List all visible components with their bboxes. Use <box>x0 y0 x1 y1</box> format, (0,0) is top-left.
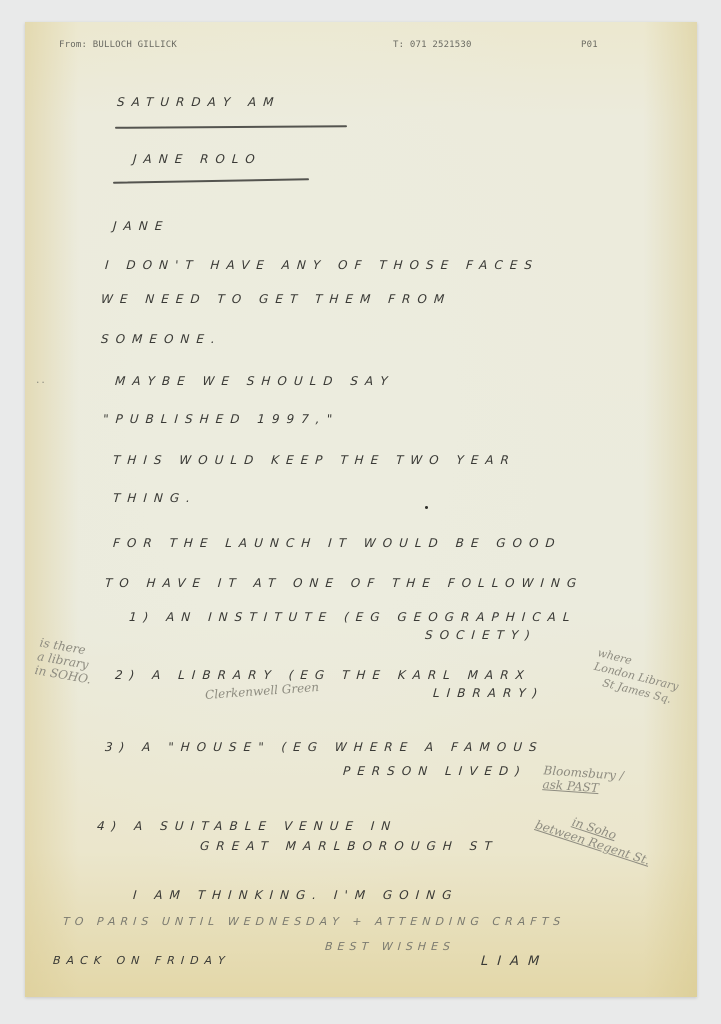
fax-sheet: From: BULLOCH GILLICK T: 071 2521530 P01… <box>25 22 697 997</box>
body-line: THING. <box>113 491 198 505</box>
option-4-line-2: GREAT MARLBOROUGH ST <box>200 839 500 853</box>
ink-dot <box>425 506 428 509</box>
body-line: WE NEED TO GET THEM FROM <box>101 292 452 306</box>
body-line: I DON'T HAVE ANY OF THOSE FACES <box>105 258 540 272</box>
signature: LIAM <box>480 954 548 969</box>
option-3-line-2: PERSON LIVED) <box>343 764 528 778</box>
body-line: FOR THE LAUNCH IT WOULD BE GOOD <box>113 536 563 550</box>
closing-line: I AM THINKING. I'M GOING <box>133 888 459 902</box>
note-soho-venue: in Soho between Regent St. <box>534 804 657 868</box>
note-bloomsbury: Bloomsbury / ask PAST <box>542 763 624 797</box>
body-line: "PUBLISHED 1997," <box>103 412 340 426</box>
salutation: JANE <box>113 219 170 233</box>
heading-day: SATURDAY AM <box>117 95 282 109</box>
fax-from: From: BULLOCH GILLICK <box>59 40 177 50</box>
option-1-line-2: SOCIETY) <box>425 628 538 642</box>
option-2-line-2: LIBRARY) <box>433 686 545 700</box>
closing-line: TO PARIS UNTIL WEDNESDAY + ATTENDING CRA… <box>63 915 566 928</box>
option-2-line-1: 2) A LIBRARY (EG THE KARL MARX <box>115 668 532 682</box>
heading-rule-2 <box>113 178 309 183</box>
option-3-line-1: 3) A "HOUSE" (EG WHERE A FAMOUS <box>105 740 545 754</box>
body-line: THIS WOULD KEEP THE TWO YEAR <box>113 453 517 467</box>
fax-page-number: P01 <box>581 40 598 50</box>
note-london-library: where London Library St James Sq. <box>589 646 683 708</box>
body-line: MAYBE WE SHOULD SAY <box>115 374 396 388</box>
fax-phone: T: 071 2521530 <box>393 40 472 50</box>
option-4-line-1: 4) A SUITABLE VENUE IN <box>97 819 398 833</box>
fax-header: From: BULLOCH GILLICK T: 071 2521530 P01 <box>43 40 679 54</box>
heading-rule-1 <box>115 125 347 128</box>
margin-mark: .. <box>35 376 46 386</box>
closing-line: BACK ON FRIDAY <box>53 954 232 967</box>
note-clerkenwell-green: Clerkenwell Green <box>205 680 320 702</box>
sign-off: BEST WISHES <box>325 940 456 953</box>
heading-to: JANE ROLO <box>133 152 263 166</box>
option-1-line-1: 1) AN INSTITUTE (EG GEOGRAPHICAL <box>129 610 578 624</box>
body-line: TO HAVE IT AT ONE OF THE FOLLOWING <box>105 576 584 590</box>
body-line: SOMEONE. <box>101 332 223 346</box>
margin-note-library-soho: is there a library in SOHO. <box>34 635 97 686</box>
